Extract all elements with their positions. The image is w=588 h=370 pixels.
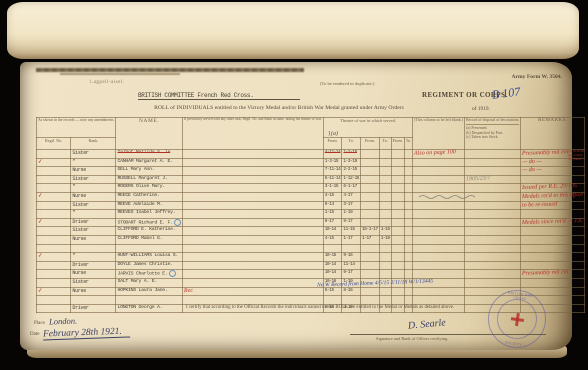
previous-unit-cell xyxy=(182,270,323,279)
date-from-cell xyxy=(391,270,404,279)
date-from-cell: 9-17 xyxy=(323,218,342,227)
col-header-from: From. xyxy=(391,138,404,150)
red-remark: Medals ret'd to this office xyxy=(522,192,583,200)
name-cell: GELL Mary Ann. xyxy=(116,167,182,176)
date-to-cell xyxy=(379,296,391,305)
date-to-cell xyxy=(404,218,412,227)
pencil-annotation: 1905/23/7 xyxy=(466,175,491,182)
disposal-cell xyxy=(465,184,521,193)
date-from-cell xyxy=(361,253,380,262)
name-cell: JARVIS Charlotte E. xyxy=(116,270,182,279)
col-header-to: To. xyxy=(404,138,412,150)
regtl-no-cell xyxy=(37,296,71,305)
date-to-cell: 11-14 xyxy=(342,261,361,270)
red-remark: Issued per R.E. 29/105 xyxy=(522,183,577,191)
rank-cell: Sister xyxy=(71,150,116,159)
table-row: SisterTalbot Matilda S. le4-11-141-1-15A… xyxy=(37,150,585,159)
name-cell: HOPKINS Laura Jane. xyxy=(116,287,182,296)
date-to-cell xyxy=(404,235,412,244)
date-to-cell xyxy=(379,167,391,176)
roll-table-body: SisterTalbot Matilda S. le4-11-141-1-15A… xyxy=(37,150,585,313)
remarks-cell xyxy=(521,244,585,253)
disposal-cell xyxy=(465,158,521,167)
disposal-cell xyxy=(465,227,521,236)
remarks-cell: Medals since ret'd — J.S. xyxy=(521,218,585,227)
previous-page-edge xyxy=(7,2,579,59)
col-header-disposal: Record of disposal of decorations. (a) P… xyxy=(465,118,521,150)
date-from-cell: 10-14 xyxy=(323,270,342,279)
red-remark: Medals since ret'd — J.S. xyxy=(522,218,583,226)
date-handwritten: February 28th 1921. xyxy=(43,326,130,340)
name-cell: REECE Catherine. xyxy=(116,192,182,201)
blank-column-cell: Also on page 100 xyxy=(413,150,465,159)
rank-cell xyxy=(71,244,116,253)
red-annotation: Rec xyxy=(184,287,193,293)
date-from-cell xyxy=(391,296,404,305)
col-header-to: To. xyxy=(379,138,391,150)
disposal-cell xyxy=(465,192,521,201)
date-from-cell: 4-11-14 xyxy=(323,150,342,159)
disposal-cell xyxy=(465,210,521,219)
table-row: ✓DriverSTODART Richard E. F.9-179-17Meda… xyxy=(37,218,585,227)
rank-cell: ” xyxy=(71,210,116,219)
date-to-cell: 1-19 xyxy=(342,210,361,219)
date-to-cell: 1-19 xyxy=(379,227,391,236)
col-header-left-note: As shown in the records — note any amend… xyxy=(37,118,116,138)
date-from-cell xyxy=(391,218,404,227)
date-to-cell: 4-17 xyxy=(342,192,361,201)
table-row xyxy=(37,244,585,253)
date-to-cell xyxy=(404,167,412,176)
previous-unit-cell xyxy=(182,278,323,287)
date-to-cell: 1-19 xyxy=(379,235,391,244)
red-tick-mark: ✓ xyxy=(38,158,44,165)
date-from-cell xyxy=(361,244,380,253)
blank-column-cell xyxy=(413,201,465,210)
date-from-cell xyxy=(391,287,404,296)
date-to-cell xyxy=(379,261,391,270)
col-header-blank: (This column to be left blank.) xyxy=(413,118,465,150)
regtl-no-cell xyxy=(37,184,71,193)
table-row: SisterREEVE Adelaide M.9-143-17to be re-… xyxy=(37,201,585,210)
date-to-cell: 9-17 xyxy=(342,218,361,227)
blank-column-cell xyxy=(413,235,465,244)
date-to-cell xyxy=(404,150,412,159)
previous-unit-cell xyxy=(182,218,323,227)
date-to-cell: 1-12-15 xyxy=(342,175,361,184)
date-from-cell xyxy=(391,261,404,270)
red-tick-mark: ✓ xyxy=(38,253,44,260)
col-header-name: NAME. xyxy=(116,118,182,150)
blank-column-cell xyxy=(413,261,465,270)
rank-cell: Nurse xyxy=(71,167,116,176)
date-from-cell xyxy=(323,296,342,305)
disposal-cell xyxy=(465,253,521,262)
disposal-cell xyxy=(465,261,521,270)
col-header-to: To. xyxy=(342,138,361,150)
red-remark: — do — xyxy=(522,158,542,165)
date-to-cell xyxy=(404,296,412,305)
regtl-no-cell xyxy=(37,270,71,279)
rank-cell: Nurse xyxy=(71,287,116,296)
previous-unit-cell xyxy=(182,227,323,236)
blank-column-cell xyxy=(413,287,465,296)
duplicate-note: (To be rendered in duplicate.) xyxy=(320,81,374,86)
date-from-cell: 1-15 xyxy=(323,210,342,219)
date-from-cell xyxy=(391,201,404,210)
name-cell: ROGERS Olive Mary. xyxy=(116,184,182,193)
disposal-cell xyxy=(465,201,521,210)
name-cell: Talbot Matilda S. le xyxy=(116,150,182,159)
rank-cell: ” xyxy=(71,253,116,262)
faint-stamp-text: l.agpell-aisel. xyxy=(90,80,124,85)
date-from-cell xyxy=(391,184,404,193)
date-to-cell xyxy=(379,150,391,159)
date-to-cell xyxy=(404,192,412,201)
date-from-cell: 15-1-17 xyxy=(361,227,380,236)
table-row: ✓”HUNT-WILLIAMS Louisa S.10-159-16 xyxy=(37,253,585,262)
regtl-no-cell xyxy=(37,150,71,159)
date-from-cell xyxy=(361,201,380,210)
name-cell: HUNT-WILLIAMS Louisa S. xyxy=(116,253,182,262)
blank-column-cell xyxy=(413,296,465,305)
date-to-cell xyxy=(404,201,412,210)
date-from-cell xyxy=(361,261,380,270)
table-row: DriverDOYLE James Christie.10-1411-14 xyxy=(37,261,585,270)
date-label: Date xyxy=(30,332,39,337)
table-row: NurseGELL Mary Ann.7-11-142-2-15— do — xyxy=(37,167,585,176)
date-to-cell xyxy=(379,192,391,201)
disposal-cell xyxy=(465,235,521,244)
previous-unit-cell xyxy=(182,150,323,159)
stamp-inner-ring: BRITISH RED CROSS SOCIETY xyxy=(494,296,539,341)
previous-unit-cell xyxy=(182,201,323,210)
red-tick-mark: ✓ xyxy=(38,218,44,225)
blank-column-cell xyxy=(413,210,465,219)
table-row: SisterRUSSELL Margaret J.5-11-141-12-151… xyxy=(37,175,585,184)
col-header-previous-unit: If previously served with any other unit… xyxy=(182,118,323,150)
col-header-from: From. xyxy=(361,138,380,150)
rank-cell: Nurse xyxy=(71,270,116,279)
regtl-no-cell xyxy=(37,167,71,176)
date-from-cell: 10-14 xyxy=(323,227,342,236)
disposal-cell xyxy=(465,278,521,287)
table-row: SisterCLIFFORD E. Katherine.10-1411-1515… xyxy=(37,227,585,236)
certification-statement: I certify that according to the Official… xyxy=(100,305,540,310)
name-cell xyxy=(116,244,182,253)
date-to-cell xyxy=(404,253,412,262)
red-tick-mark: ✓ xyxy=(38,287,44,294)
blank-column-cell xyxy=(413,244,465,253)
previous-unit-cell xyxy=(182,235,323,244)
col-header-regtl-no: Regtl. No. xyxy=(37,138,71,150)
table-row: ✓”CANHAM Margaret A. E.1-3-151-3-19— do … xyxy=(37,158,585,167)
previous-unit-cell xyxy=(182,184,323,193)
date-from-cell: 7-11-14 xyxy=(323,167,342,176)
place-handwritten: London. xyxy=(49,316,77,327)
remarks-cell: — do — xyxy=(521,158,585,167)
previous-unit-cell xyxy=(182,158,323,167)
date-from-cell xyxy=(391,210,404,219)
blank-column-cell xyxy=(413,158,465,167)
date-to-cell xyxy=(379,158,391,167)
date-to-cell xyxy=(404,175,412,184)
previous-unit-cell xyxy=(182,261,323,270)
col-header-theatre: Theatre of war in which served. 1(a) xyxy=(323,118,412,138)
date-from-cell xyxy=(391,192,404,201)
date-to-cell xyxy=(379,218,391,227)
red-remark: Presumably not ent xyxy=(522,149,569,157)
place-line: PlaceLondon. xyxy=(34,316,77,326)
rank-cell: Sister xyxy=(71,175,116,184)
roll-title-year: of 1919. xyxy=(472,106,490,112)
date-from-cell: 5-11-14 xyxy=(323,175,342,184)
name-cell: REEVES Isabel Jeffrey. xyxy=(116,210,182,219)
remarks-cell: Presumably not entnot B.W.M. see corres.… xyxy=(521,150,585,159)
place-label: Place xyxy=(34,321,45,326)
date-to-cell xyxy=(379,175,391,184)
date-line: DateFebruary 28th 1921. xyxy=(30,328,130,339)
remarks-cell: — do — xyxy=(521,167,585,176)
date-from-cell xyxy=(361,270,380,279)
date-from-cell: 1-17 xyxy=(361,235,380,244)
date-to-cell: 8-16 xyxy=(342,287,361,296)
date-to-cell xyxy=(404,227,412,236)
date-to-cell: 9-16 xyxy=(342,253,361,262)
table-row: NurseCLIFFORD Mabel G.4-151-171-171-19 xyxy=(37,235,585,244)
disposal-cell xyxy=(465,167,521,176)
regiment-or-corps-label: REGIMENT OR CORPS. xyxy=(422,91,507,99)
signature-caption: Signature and Rank of Officer certifying… xyxy=(376,336,448,341)
regtl-no-cell: ✓ xyxy=(37,192,71,201)
previous-unit-cell xyxy=(182,253,323,262)
name-cell: SALT Mary A. E. xyxy=(116,278,182,287)
regtl-no-cell: ✓ xyxy=(37,218,71,227)
blank-column-cell: No W Record from Home 4/5/15 2/11/18 W/1… xyxy=(413,278,465,287)
date-from-cell: 10-14 xyxy=(323,261,342,270)
date-to-cell: 2-2-15 xyxy=(342,167,361,176)
blank-column-cell xyxy=(413,227,465,236)
disposal-cell xyxy=(465,244,521,253)
table-row: ”ROGERS Olive Mary.3-1-156-1-17Issued pe… xyxy=(37,184,585,193)
army-form-number: Army Form W. 3504. xyxy=(512,74,563,80)
cutoff-text-smudge xyxy=(36,68,304,72)
date-from-cell xyxy=(361,192,380,201)
rank-cell: Sister xyxy=(71,201,116,210)
remarks-cell xyxy=(521,210,585,219)
blank-column-cell xyxy=(413,175,465,184)
red-remark: — do — xyxy=(522,167,542,174)
date-from-cell xyxy=(391,175,404,184)
disposal-cell xyxy=(465,150,521,159)
stamp-text-bottom: SOCIETY xyxy=(494,339,532,348)
date-from-cell xyxy=(361,296,380,305)
previous-unit-cell xyxy=(182,192,323,201)
date-to-cell xyxy=(404,270,412,279)
name-cell: DOYLE James Christie. xyxy=(116,261,182,270)
date-from-cell xyxy=(361,175,380,184)
previous-unit-cell xyxy=(182,175,323,184)
blank-column-cell xyxy=(413,253,465,262)
date-from-cell xyxy=(361,218,380,227)
regtl-no-cell: ✓ xyxy=(37,287,71,296)
blank-column-cell xyxy=(413,192,465,201)
date-to-cell xyxy=(342,296,361,305)
rank-cell: Driver xyxy=(71,218,116,227)
regtl-no-cell xyxy=(37,235,71,244)
rank-cell: Sister xyxy=(71,227,116,236)
red-remark: to be re-issued xyxy=(522,201,557,208)
table-row: ”REEVES Isabel Jeffrey.1-151-19 xyxy=(37,210,585,219)
date-from-cell: 9-14 xyxy=(323,201,342,210)
blue-circle-mark xyxy=(169,270,176,277)
regtl-no-cell xyxy=(37,175,71,184)
regtl-no-cell xyxy=(37,227,71,236)
date-from-cell: 5-15 xyxy=(323,287,342,296)
date-from-cell: 3-1-15 xyxy=(323,184,342,193)
date-to-cell: 1-1-15 xyxy=(342,150,361,159)
name-cell: CLIFFORD E. Katherine. xyxy=(116,227,182,236)
regtl-no-cell xyxy=(37,201,71,210)
rank-cell: ” xyxy=(71,158,116,167)
date-from-cell xyxy=(361,167,380,176)
blue-circle-mark xyxy=(174,219,181,226)
previous-unit-cell xyxy=(182,296,323,305)
date-from-cell xyxy=(391,167,404,176)
remarks-cell: Medals ret'd to this office xyxy=(521,192,585,201)
date-to-cell xyxy=(404,261,412,270)
regtl-no-cell: ✓ xyxy=(37,253,71,262)
remarks-cell xyxy=(521,227,585,236)
regtl-no-cell xyxy=(37,278,71,287)
table-row: ✓NurseREECE Catherine.4-154-17Medals ret… xyxy=(37,192,585,201)
date-to-cell xyxy=(404,210,412,219)
date-to-cell xyxy=(379,210,391,219)
name-cell: REEVE Adelaide M. xyxy=(116,201,182,210)
disposal-cell xyxy=(465,218,521,227)
disposal-cell: 1905/23/7 xyxy=(465,175,521,184)
red-tick-mark: ✓ xyxy=(38,193,44,200)
date-to-cell xyxy=(379,253,391,262)
date-to-cell xyxy=(404,158,412,167)
blank-column-cell xyxy=(413,184,465,193)
previous-unit-cell xyxy=(182,244,323,253)
blank-column-cell xyxy=(413,218,465,227)
name-cell: CLIFFORD Mabel G. xyxy=(116,235,182,244)
regtl-no-cell xyxy=(37,304,71,313)
date-to-cell: 6-1-17 xyxy=(342,184,361,193)
date-to-cell xyxy=(379,201,391,210)
remarks-cell: to be re-issued xyxy=(521,201,585,210)
medal-roll-page: l.agpell-aisel. (To be rendered in dupli… xyxy=(20,62,572,350)
blank-column-cell xyxy=(413,167,465,176)
date-from-cell xyxy=(391,253,404,262)
date-from-cell xyxy=(391,227,404,236)
date-to-cell: 3-17 xyxy=(342,201,361,210)
date-to-cell xyxy=(379,184,391,193)
date-from-cell: 10-15 xyxy=(323,253,342,262)
rank-cell: Driver xyxy=(71,261,116,270)
date-to-cell xyxy=(404,244,412,253)
cutoff-text-smudge xyxy=(60,73,180,75)
date-from-cell xyxy=(323,244,342,253)
rank-cell xyxy=(71,296,116,305)
name-cell xyxy=(116,296,182,305)
red-cross-icon xyxy=(510,312,525,327)
remarks-cell xyxy=(521,235,585,244)
date-to-cell xyxy=(379,270,391,279)
rank-cell: Sister xyxy=(71,278,116,287)
date-to-cell xyxy=(404,184,412,193)
officer-signature: D. Searle xyxy=(408,317,447,331)
rank-cell: Nurse xyxy=(71,192,116,201)
date-from-cell xyxy=(391,150,404,159)
date-to-cell: 1-3-19 xyxy=(342,158,361,167)
date-to-cell xyxy=(342,244,361,253)
previous-unit-cell: Rec xyxy=(182,287,323,296)
regtl-no-cell: ✓ xyxy=(37,158,71,167)
date-from-cell xyxy=(361,184,380,193)
date-from-cell xyxy=(361,210,380,219)
date-from-cell xyxy=(361,150,380,159)
remarks-cell xyxy=(521,278,585,287)
name-cell: RUSSELL Margaret J. xyxy=(116,175,182,184)
date-to-cell xyxy=(379,244,391,253)
col-header-remarks: REMARKS. xyxy=(521,118,585,150)
unit-name-line: BRITISH COMMITTEE French Red Cross. xyxy=(138,92,300,99)
col-header-rank: Rank. xyxy=(71,138,116,150)
regtl-no-cell xyxy=(37,244,71,253)
date-from-cell xyxy=(391,158,404,167)
date-to-cell: 9-17 xyxy=(342,270,361,279)
rank-cell: Nurse xyxy=(71,235,116,244)
rank-cell: ” xyxy=(71,184,116,193)
date-from-cell xyxy=(391,244,404,253)
table-row: SisterSALT Mary A. E.10-161-19No W Recor… xyxy=(37,278,585,287)
red-annotation: Also on page 100 xyxy=(414,149,456,156)
date-from-cell: 4-15 xyxy=(323,192,342,201)
name-cell: CANHAM Margaret A. E. xyxy=(116,158,182,167)
date-to-cell xyxy=(379,287,391,296)
date-from-cell xyxy=(361,158,380,167)
col-header-from: From. xyxy=(323,138,342,150)
date-from-cell xyxy=(361,287,380,296)
remarks-cell xyxy=(521,253,585,262)
date-from-cell: 4-15 xyxy=(323,235,342,244)
regtl-no-cell xyxy=(37,210,71,219)
date-to-cell: 11-15 xyxy=(342,227,361,236)
handwritten-theatre-note: 1(a) xyxy=(328,131,338,138)
name-cell: STODART Richard E. F. xyxy=(116,218,182,227)
previous-unit-cell xyxy=(182,210,323,219)
medal-roll-table: As shown in the records — note any amend… xyxy=(36,117,585,313)
previous-unit-cell xyxy=(182,167,323,176)
roll-title: ROLL of INDIVIDUALS entitled to the Vict… xyxy=(44,105,514,111)
remarks-cell xyxy=(521,261,585,270)
date-to-cell xyxy=(404,287,412,296)
regtl-no-cell xyxy=(37,261,71,270)
date-from-cell: 1-3-15 xyxy=(323,158,342,167)
date-from-cell xyxy=(391,235,404,244)
date-to-cell: 1-17 xyxy=(342,235,361,244)
